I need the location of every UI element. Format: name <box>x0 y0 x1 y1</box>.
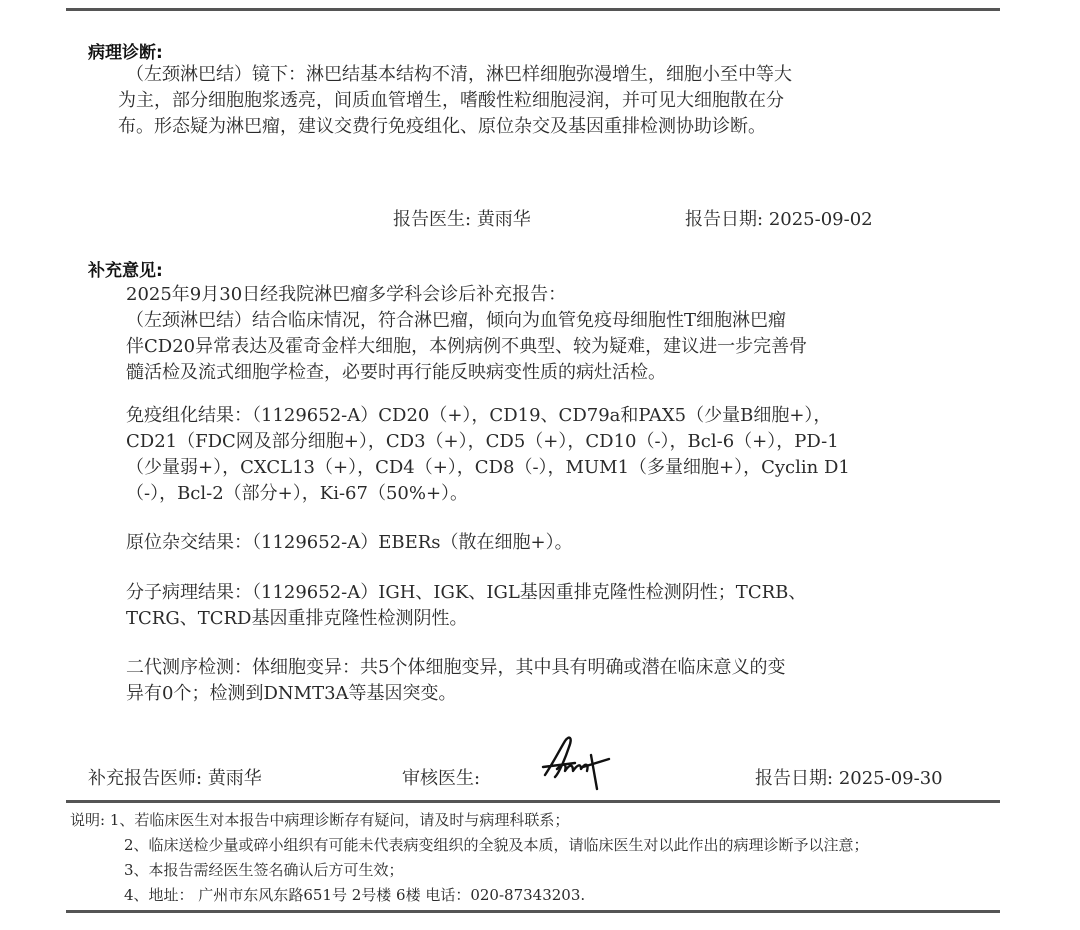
ish-line: 原位杂交结果：（1129652-A）EBERs（散在细胞+）。 <box>126 530 946 556</box>
report-doctor-label: 报告医生: <box>393 209 471 230</box>
supplement-doctor-name: 黄雨华 <box>208 768 262 789</box>
note-item: 3、本报告需经医生签名确认后方可生效； <box>70 858 869 883</box>
top-divider <box>66 8 1000 11</box>
molecular-line: 分子病理结果：（1129652-A）IGH、IGK、IGL基因重排克隆性检测阴性… <box>126 580 946 606</box>
supplement-intro: 2025年9月30日经我院淋巴瘤多学科会诊后补充报告： （左颈淋巴结）结合临床情… <box>126 282 946 386</box>
supplement-line: 伴CD20异常表达及霍奇金样大细胞，本例病例不典型、较为疑难，建议进一步完善骨 <box>126 334 946 360</box>
molecular-line: TCRG、TCRD基因重排克隆性检测阴性。 <box>126 606 946 632</box>
ngs-line: 异有0个；检测到DNMT3A等基因突变。 <box>126 681 946 707</box>
supplement-line: 2025年9月30日经我院淋巴瘤多学科会诊后补充报告： <box>126 282 946 308</box>
diagnosis-line: 布。形态疑为淋巴瘤，建议交费行免疫组化、原位杂交及基因重排检测协助诊断。 <box>118 114 946 140</box>
note-item: 说明: 1、若临床医生对本报告中病理诊断存有疑问，请及时与病理科联系； <box>70 808 869 833</box>
report-date: 报告日期: 2025-09-02 <box>685 205 873 231</box>
ihc-line: （少量弱+），CXCL13（+），CD4（+），CD8（-），MUM1（多量细胞… <box>126 455 946 481</box>
molecular-results: 分子病理结果：（1129652-A）IGH、IGK、IGL基因重排克隆性检测阴性… <box>126 580 946 632</box>
ihc-results: 免疫组化结果：（1129652-A）CD20（+），CD19、CD79a和PAX… <box>126 403 946 507</box>
ish-results: 原位杂交结果：（1129652-A）EBERs（散在细胞+）。 <box>126 530 946 556</box>
diagnosis-line: （左颈淋巴结）镜下：淋巴结基本结构不清，淋巴样细胞弥漫增生，细胞小至中等大 <box>126 62 946 88</box>
note-item: 4、地址： 广州市东风东路651号 2号楼 6楼 电话：020-87343203… <box>70 883 869 908</box>
pathology-diagnosis-text: （左颈淋巴结）镜下：淋巴结基本结构不清，淋巴样细胞弥漫增生，细胞小至中等大 为主… <box>126 62 946 140</box>
supplement-heading: 补充意见: <box>88 256 163 281</box>
supplement-line: （左颈淋巴结）结合临床情况，符合淋巴瘤，倾向为血管免疫母细胞性T细胞淋巴瘤 <box>126 308 946 334</box>
reviewer-label: 审核医生: <box>402 768 480 789</box>
bottom-divider <box>66 910 1000 913</box>
notes-section: 说明: 1、若临床医生对本报告中病理诊断存有疑问，请及时与病理科联系； 2、临床… <box>70 808 869 908</box>
supplement-doctor-label: 补充报告医师: <box>88 768 202 789</box>
reviewer: 审核医生: <box>402 764 480 790</box>
supplement-date-label: 报告日期: <box>755 768 833 789</box>
ngs-results: 二代测序检测：体细胞变异：共5个体细胞变异，其中具有明确或潜在临床意义的变 异有… <box>126 655 946 707</box>
notes-top-divider <box>66 800 1000 803</box>
note-item: 2、临床送检少量或碎小组织有可能未代表病变组织的全貌及本质，请临床医生对以此作出… <box>70 833 869 858</box>
ngs-line: 二代测序检测：体细胞变异：共5个体细胞变异，其中具有明确或潜在临床意义的变 <box>126 655 946 681</box>
ihc-line: 免疫组化结果：（1129652-A）CD20（+），CD19、CD79a和PAX… <box>126 403 946 429</box>
pathology-diagnosis-heading: 病理诊断: <box>88 38 163 63</box>
report-date-value: 2025-09-02 <box>769 209 873 230</box>
diagnosis-line: 为主，部分细胞胞浆透亮，间质血管增生，嗜酸性粒细胞浸润，并可见大细胞散在分 <box>118 88 946 114</box>
ihc-line: （-），Bcl-2（部分+），Ki-67（50%+）。 <box>126 481 946 507</box>
note-text: 1、若临床医生对本报告中病理诊断存有疑问，请及时与病理科联系； <box>110 811 570 829</box>
supplement-date: 报告日期: 2025-09-30 <box>755 764 943 790</box>
signature-icon <box>535 733 615 793</box>
notes-label: 说明: <box>70 811 105 829</box>
report-doctor-name: 黄雨华 <box>477 209 531 230</box>
ihc-line: CD21（FDC网及部分细胞+），CD3（+），CD5（+），CD10（-），B… <box>126 429 946 455</box>
supplement-doctor: 补充报告医师: 黄雨华 <box>88 764 262 790</box>
supplement-line: 髓活检及流式细胞学检查，必要时再行能反映病变性质的病灶活检。 <box>126 360 946 386</box>
report-doctor: 报告医生: 黄雨华 <box>393 205 531 231</box>
supplement-date-value: 2025-09-30 <box>839 768 943 789</box>
report-date-label: 报告日期: <box>685 209 763 230</box>
